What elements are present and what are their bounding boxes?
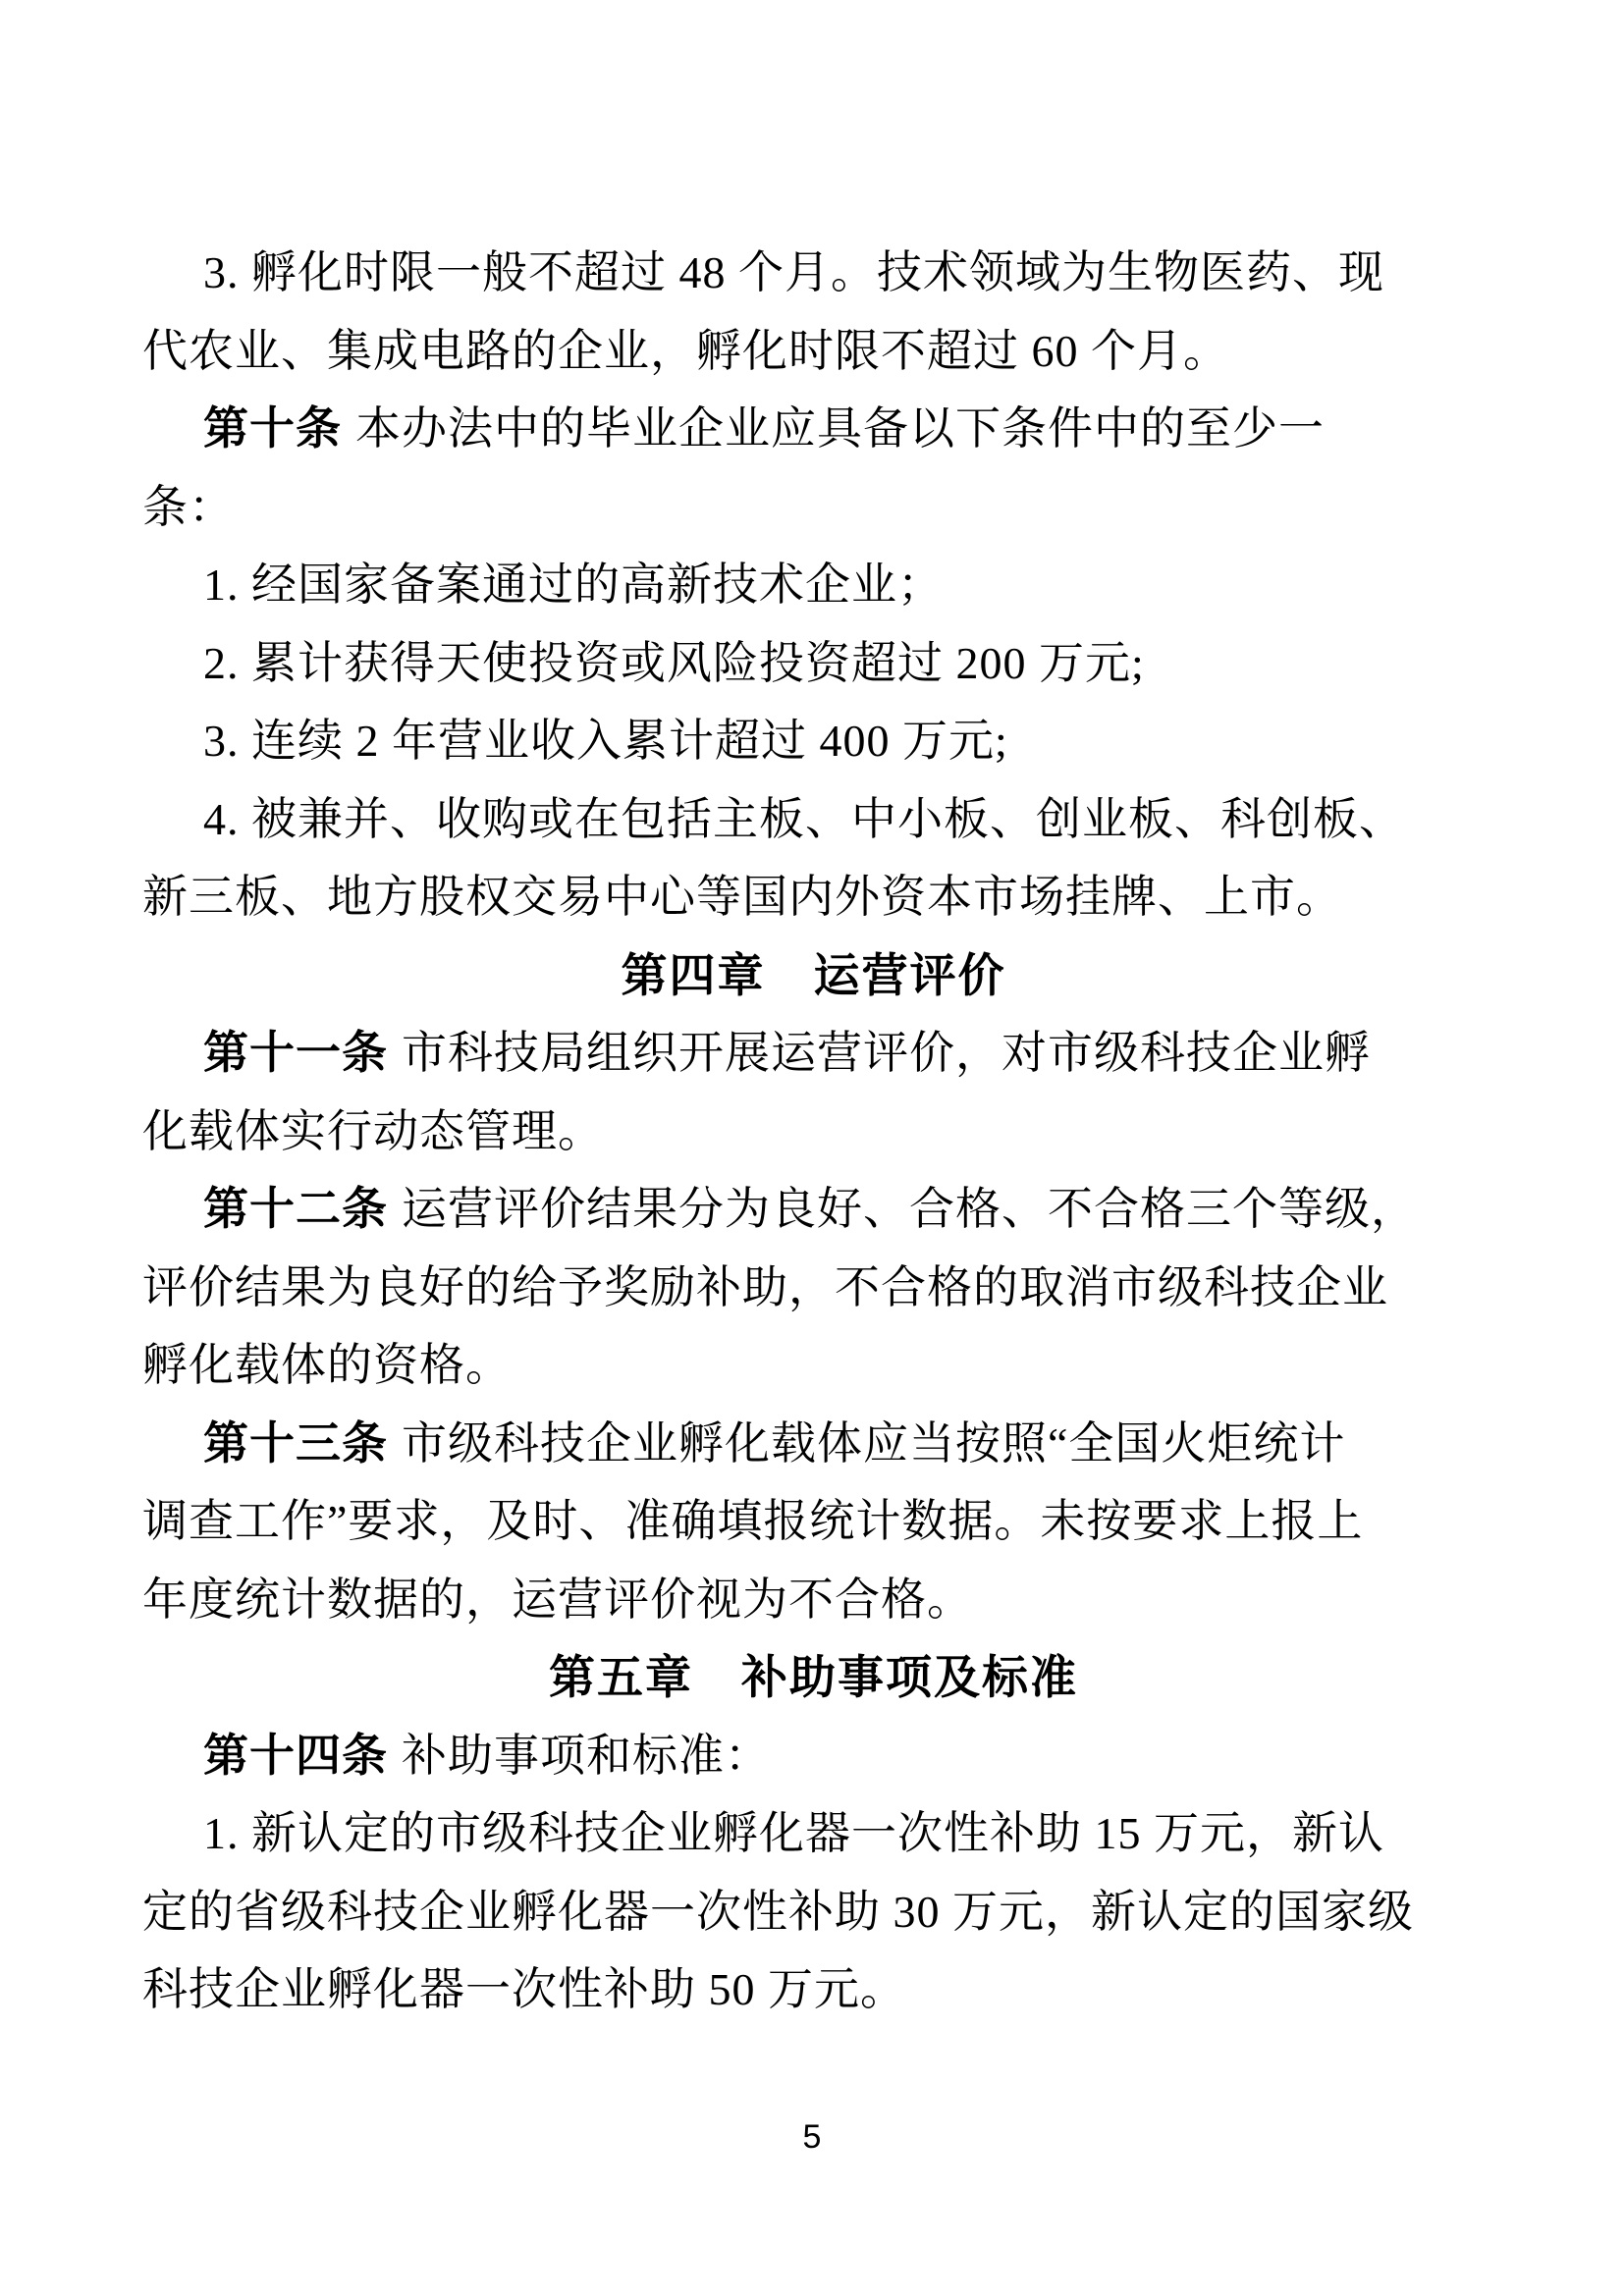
text-segment: 评价结果为良好的给予奖励补助，不合格的取消市级科技企业 xyxy=(142,1262,1388,1312)
text-segment: 孵化载体的资格。 xyxy=(142,1340,512,1390)
text-segment: 运营评价结果分为良好、合格、不合格三个等级， xyxy=(402,1184,1417,1234)
text-segment: 1. 经国家备案通过的高新技术企业； xyxy=(203,560,944,610)
chapter-heading-text: 第四章 运营评价 xyxy=(622,949,1006,1001)
chapter-heading-text: 第五章 补助事项及标准 xyxy=(549,1651,1078,1703)
page-number: 5 xyxy=(0,2118,1624,2157)
text-line: 3. 连续 2 年营业收入累计超过 400 万元; xyxy=(142,702,1485,780)
text-line: 第十二条运营评价结果分为良好、合格、不合格三个等级， xyxy=(142,1170,1485,1249)
text-line: 1. 新认定的市级科技企业孵化器一次性补助 15 万元，新认 xyxy=(142,1794,1485,1873)
text-segment: 市级科技企业孵化载体应当按照“全国火炬统计 xyxy=(402,1418,1345,1468)
text-line: 条： xyxy=(142,468,1485,547)
text-segment: 4. 被兼并、收购或在包括主板、中小板、创业板、科创板、 xyxy=(203,794,1405,844)
text-segment: 补助事项和标准： xyxy=(402,1731,771,1781)
text-segment: 年度统计数据的，运营评价视为不合格。 xyxy=(142,1575,973,1625)
text-line: 定的省级科技企业孵化器一次性补助 30 万元，新认定的国家级 xyxy=(142,1873,1485,1951)
text-line: 代农业、集成电路的企业，孵化时限不超过 60 个月。 xyxy=(142,312,1485,391)
text-line: 评价结果为良好的给予奖励补助，不合格的取消市级科技企业 xyxy=(142,1249,1485,1327)
text-segment: 3. 连续 2 年营业收入累计超过 400 万元; xyxy=(203,716,1008,766)
text-line: 1. 经国家备案通过的高新技术企业； xyxy=(142,546,1485,624)
chapter-heading: 第四章 运营评价 xyxy=(142,936,1485,1015)
text-line: 新三板、地方股权交易中心等国内外资本市场挂牌、上市。 xyxy=(142,858,1485,936)
document-body: 3. 孵化时限一般不超过 48 个月。技术领域为生物医药、现代农业、集成电路的企… xyxy=(142,234,1485,2029)
text-line: 4. 被兼并、收购或在包括主板、中小板、创业板、科创板、 xyxy=(142,780,1485,859)
text-line: 第十三条市级科技企业孵化载体应当按照“全国火炬统计 xyxy=(142,1405,1485,1483)
text-line: 孵化载体的资格。 xyxy=(142,1326,1485,1405)
text-segment: 新三板、地方股权交易中心等国内外资本市场挂牌、上市。 xyxy=(142,872,1342,922)
text-line: 第十一条市科技局组织开展运营评价，对市级科技企业孵 xyxy=(142,1014,1485,1093)
text-segment: 化载体实行动态管理。 xyxy=(142,1106,604,1156)
article-number: 第十四条 xyxy=(203,1731,388,1781)
text-line: 2. 累计获得天使投资或风险投资超过 200 万元; xyxy=(142,624,1485,703)
text-segment: 定的省级科技企业孵化器一次性补助 30 万元，新认定的国家级 xyxy=(142,1887,1414,1937)
text-segment: 调查工作”要求，及时、准确填报统计数据。未按要求上报上 xyxy=(142,1496,1363,1546)
text-segment: 1. 新认定的市级科技企业孵化器一次性补助 15 万元，新认 xyxy=(203,1808,1384,1858)
chapter-heading: 第五章 补助事项及标准 xyxy=(142,1638,1485,1717)
article-number: 第十条 xyxy=(203,403,342,454)
text-line: 科技企业孵化器一次性补助 50 万元。 xyxy=(142,1950,1485,2029)
article-number: 第十二条 xyxy=(203,1184,388,1234)
text-segment: 条： xyxy=(142,482,235,532)
text-segment: 2. 累计获得天使投资或风险投资超过 200 万元; xyxy=(203,638,1145,688)
article-number: 第十一条 xyxy=(203,1028,388,1078)
text-line: 3. 孵化时限一般不超过 48 个月。技术领域为生物医药、现 xyxy=(142,234,1485,312)
text-segment: 市科技局组织开展运营评价，对市级科技企业孵 xyxy=(402,1028,1371,1078)
text-segment: 本办法中的毕业企业应具备以下条件中的至少一 xyxy=(355,403,1325,454)
article-number: 第十三条 xyxy=(203,1418,388,1468)
text-segment: 代农业、集成电路的企业，孵化时限不超过 60 个月。 xyxy=(142,326,1229,376)
text-line: 年度统计数据的，运营评价视为不合格。 xyxy=(142,1561,1485,1639)
text-segment: 科技企业孵化器一次性补助 50 万元。 xyxy=(142,1964,906,2014)
text-line: 第十条本办法中的毕业企业应具备以下条件中的至少一 xyxy=(142,390,1485,468)
document-page: 3. 孵化时限一般不超过 48 个月。技术领域为生物医药、现代农业、集成电路的企… xyxy=(0,0,1624,2296)
text-segment: 3. 孵化时限一般不超过 48 个月。技术领域为生物医药、现 xyxy=(203,247,1384,297)
text-line: 化载体实行动态管理。 xyxy=(142,1093,1485,1171)
text-line: 第十四条补助事项和标准： xyxy=(142,1717,1485,1795)
text-line: 调查工作”要求，及时、准确填报统计数据。未按要求上报上 xyxy=(142,1482,1485,1561)
